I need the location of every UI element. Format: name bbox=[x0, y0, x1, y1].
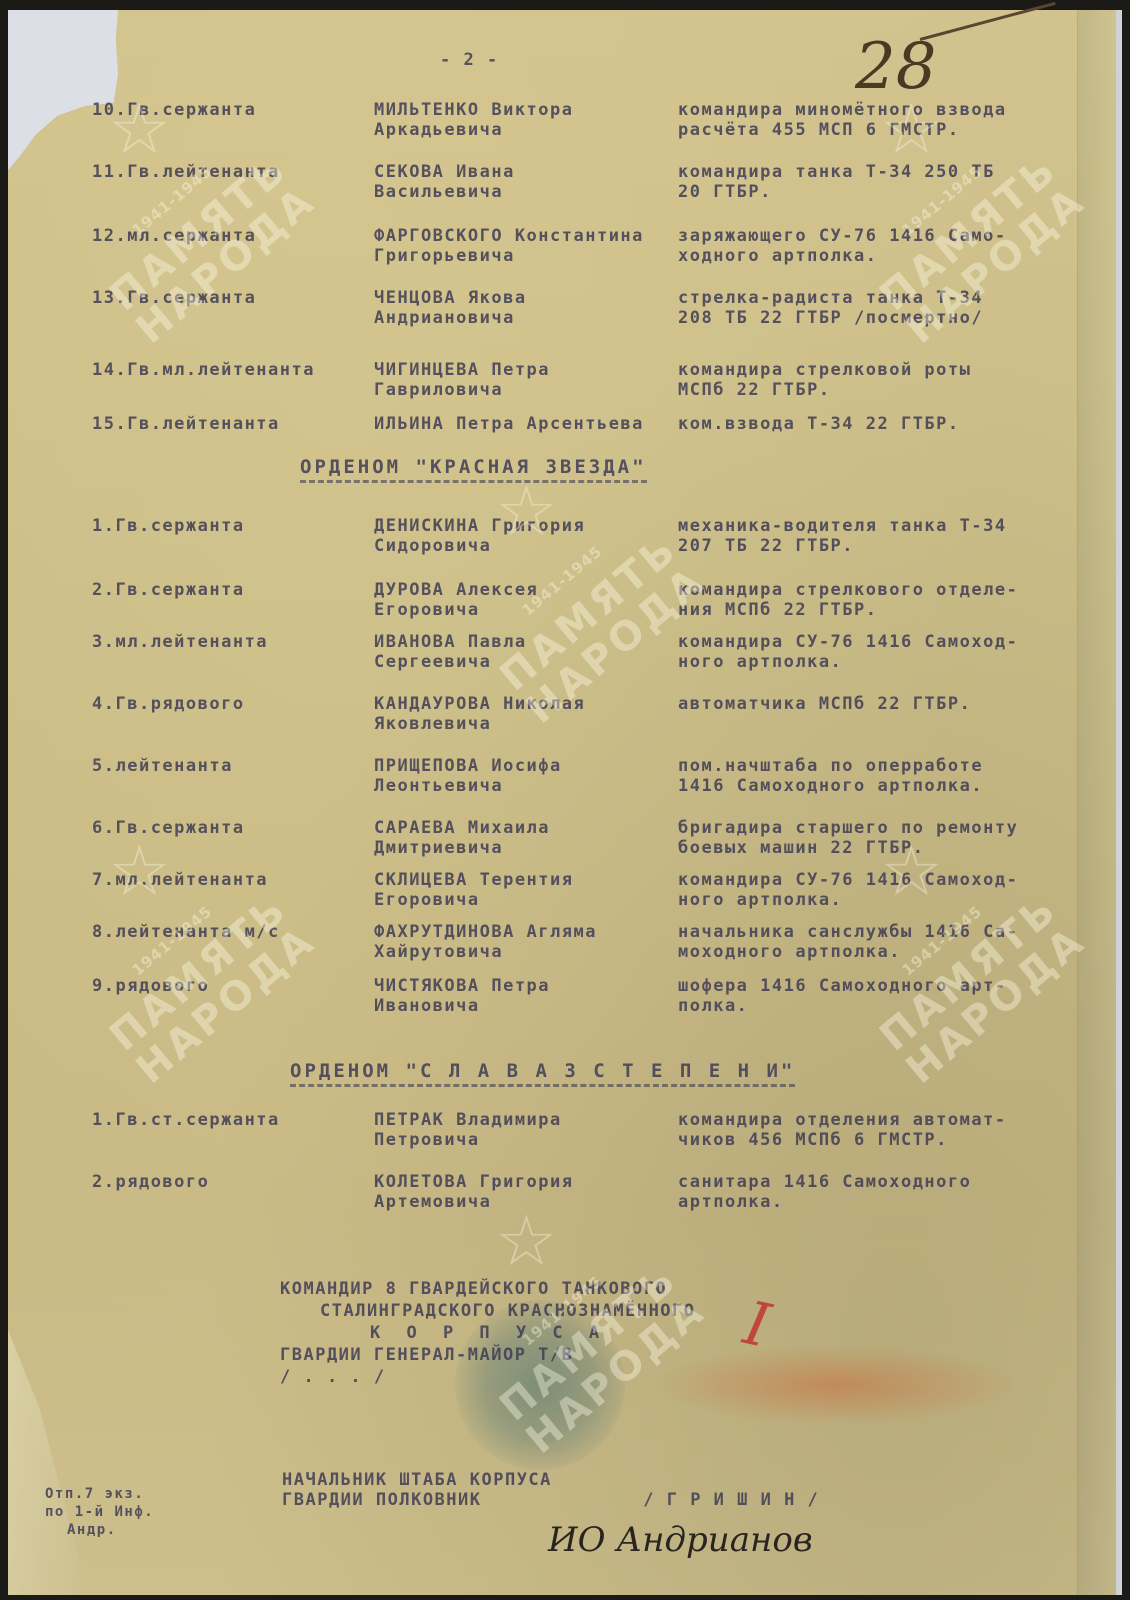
row-number: 3. bbox=[92, 632, 115, 652]
position: пом.начштаба по оперработе1416 Самоходно… bbox=[678, 756, 983, 796]
patronymic: Васильевича bbox=[374, 182, 515, 202]
recipient-name: ЧЕНЦОВА ЯковаАндриановича bbox=[374, 288, 527, 328]
position: автоматчика МСПб 22 ГТБР. bbox=[678, 694, 971, 714]
surname-firstname: ЧЕНЦОВА Якова bbox=[374, 288, 527, 308]
rank: 15.Гв.лейтенанта bbox=[92, 414, 280, 434]
position-line2: ния МСПб 22 ГТБР. bbox=[678, 600, 1018, 620]
position: шофера 1416 Самоходного арт-полка. bbox=[678, 976, 1007, 1016]
position-line2: 1416 Самоходного артполка. bbox=[678, 776, 983, 796]
award-row: 1.Гв.ст.сержантаПЕТРАК ВладимираПетрович… bbox=[0, 1110, 1130, 1170]
rank: 9.рядового bbox=[92, 976, 209, 996]
copies-count: Отп.7 экз. bbox=[45, 1485, 154, 1503]
award-row: 13.Гв.сержантаЧЕНЦОВА ЯковаАндриановичас… bbox=[0, 288, 1130, 348]
commander-title-line3: К О Р П У С А bbox=[280, 1322, 696, 1344]
rank-text: лейтенанта м/с bbox=[115, 922, 279, 942]
award-row: 8.лейтенанта м/сФАХРУТДИНОВА АглямаХайру… bbox=[0, 922, 1130, 982]
rank: 1.Гв.сержанта bbox=[92, 516, 245, 536]
position: заряжающего СУ-76 1416 Само-ходного артп… bbox=[678, 226, 1007, 266]
chief-of-staff-block: НАЧАЛЬНИК ШТАБА КОРПУСА ГВАРДИИ ПОЛКОВНИ… bbox=[282, 1470, 819, 1510]
award-row: 11.Гв.лейтенантаСЕКОВА ИванаВасильевичак… bbox=[0, 162, 1130, 222]
row-number: 8. bbox=[92, 922, 115, 942]
position: стрелка-радиста танка Т-34208 ТБ 22 ГТБР… bbox=[678, 288, 983, 328]
position-line2: ного артполка. bbox=[678, 890, 1018, 910]
recipient-name: МИЛЬТЕНКО ВиктораАркадьевича bbox=[374, 100, 574, 140]
position-line1: начальника санслужбы 1416 Са- bbox=[678, 922, 1018, 942]
row-number: 14. bbox=[92, 360, 127, 380]
patronymic: Андриановича bbox=[374, 308, 527, 328]
recipient-name: ЧИСТЯКОВА ПетраИвановича bbox=[374, 976, 550, 1016]
recipient-name: ИВАНОВА ПавлаСергеевича bbox=[374, 632, 527, 672]
position-line2: артполка. bbox=[678, 1192, 971, 1212]
row-number: 1. bbox=[92, 1110, 115, 1130]
watermark-star-icon: ☆ bbox=[495, 470, 558, 552]
position: командира СУ-76 1416 Самоход-ного артпол… bbox=[678, 632, 1018, 672]
rank: 2.Гв.сержанта bbox=[92, 580, 245, 600]
copies-typist: Андр. bbox=[45, 1521, 154, 1539]
rank-text: рядового bbox=[115, 976, 209, 996]
position: командира стрелкового отделе-ния МСПб 22… bbox=[678, 580, 1018, 620]
surname-firstname: ЧИГИНЦЕВА Петра bbox=[374, 360, 550, 380]
position-line2: боевых машин 22 ГТБР. bbox=[678, 838, 1018, 858]
award-row: 1.Гв.сержантаДЕНИСКИНА ГригорияСидорович… bbox=[0, 516, 1130, 576]
row-number: 4. bbox=[92, 694, 115, 714]
position-line1: командира стрелкового отделе- bbox=[678, 580, 1018, 600]
position-line2: ходного артполка. bbox=[678, 246, 1007, 266]
position-line2: 208 ТБ 22 ГТБР /посмертно/ bbox=[678, 308, 983, 328]
award-row: 4.Гв.рядовогоКАНДАУРОВА НиколаяЯковлевич… bbox=[0, 694, 1130, 754]
watermark-star-icon: ☆ bbox=[880, 88, 943, 170]
rank: 5.лейтенанта bbox=[92, 756, 233, 776]
patronymic: Гавриловича bbox=[374, 380, 550, 400]
rank-text: Гв.сержанта bbox=[127, 288, 256, 308]
rank: 3.мл.лейтенанта bbox=[92, 632, 268, 652]
recipient-name: САРАЕВА МихаилаДмитриевича bbox=[374, 818, 550, 858]
position-line2: МСПб 22 ГТБР. bbox=[678, 380, 971, 400]
rank: 1.Гв.ст.сержанта bbox=[92, 1110, 280, 1130]
chief-rank: ГВАРДИИ ПОЛКОВНИК / Г Р И Ш И Н / bbox=[282, 1490, 819, 1510]
rank-text: Гв.сержанта bbox=[115, 580, 244, 600]
rank-text: Гв.рядового bbox=[115, 694, 244, 714]
copies-distribution: по 1-й Инф. bbox=[45, 1503, 154, 1521]
position-line1: командира танка Т-34 250 ТБ bbox=[678, 162, 995, 182]
surname-firstname: ДУРОВА Алексея bbox=[374, 580, 538, 600]
watermark-star-icon: ☆ bbox=[108, 88, 171, 170]
rank-text: Гв.ст.сержанта bbox=[115, 1110, 279, 1130]
recipient-name: ДУРОВА АлексеяЕгоровича bbox=[374, 580, 538, 620]
chief-title: НАЧАЛЬНИК ШТАБА КОРПУСА bbox=[282, 1470, 819, 1490]
award-row: 14.Гв.мл.лейтенантаЧИГИНЦЕВА ПетраГаврил… bbox=[0, 360, 1130, 420]
chief-name: / Г Р И Ш И Н / bbox=[643, 1490, 819, 1510]
watermark-star-icon: ☆ bbox=[108, 830, 171, 912]
rank: 2.рядового bbox=[92, 1172, 209, 1192]
position-line1: стрелка-радиста танка Т-34 bbox=[678, 288, 983, 308]
rank-text: мл.лейтенанта bbox=[115, 632, 268, 652]
position-line1: автоматчика МСПб 22 ГТБР. bbox=[678, 694, 971, 714]
position: бригадира старшего по ремонтубоевых маши… bbox=[678, 818, 1018, 858]
row-number: 15. bbox=[92, 414, 127, 434]
surname-firstname: ЧИСТЯКОВА Петра bbox=[374, 976, 550, 996]
surname-firstname: ПРИЩЕПОВА Иосифа bbox=[374, 756, 562, 776]
position-line2: чиков 456 МСПб 6 ГМСТР. bbox=[678, 1130, 1007, 1150]
recipient-name: ФАХРУТДИНОВА АглямаХайрутовича bbox=[374, 922, 597, 962]
rank: 13.Гв.сержанта bbox=[92, 288, 256, 308]
patronymic: Ивановича bbox=[374, 996, 550, 1016]
commander-title-line1: КОМАНДИР 8 ГВАРДЕЙСКОГО ТАНКОВОГО bbox=[280, 1278, 696, 1300]
award-row: 2.рядовогоКОЛЕТОВА ГригорияАртемовичасан… bbox=[0, 1172, 1130, 1232]
commander-title-line2: СТАЛИНГРАДСКОГО КРАСНОЗНАМЁННОГО bbox=[280, 1300, 696, 1322]
position-line1: командира СУ-76 1416 Самоход- bbox=[678, 870, 1018, 890]
rank: 12.мл.сержанта bbox=[92, 226, 256, 246]
commander-signature-block: КОМАНДИР 8 ГВАРДЕЙСКОГО ТАНКОВОГО СТАЛИН… bbox=[280, 1278, 696, 1388]
surname-firstname: КОЛЕТОВА Григория bbox=[374, 1172, 574, 1192]
position: командира миномётного взводарасчёта 455 … bbox=[678, 100, 1007, 140]
patronymic: Хайрутовича bbox=[374, 942, 597, 962]
patronymic: Егоровича bbox=[374, 890, 574, 910]
red-pencil-smudge bbox=[650, 1345, 1020, 1425]
position-line2: расчёта 455 МСП 6 ГМСТР. bbox=[678, 120, 1007, 140]
position-line1: бригадира старшего по ремонту bbox=[678, 818, 1018, 838]
patronymic: Леонтьевича bbox=[374, 776, 562, 796]
rank: 4.Гв.рядового bbox=[92, 694, 245, 714]
surname-firstname: ИВАНОВА Павла bbox=[374, 632, 527, 652]
recipient-name: ИЛЬИНА Петра Арсентьева bbox=[374, 414, 644, 434]
row-number: 1. bbox=[92, 516, 115, 536]
position: командира стрелковой ротыМСПб 22 ГТБР. bbox=[678, 360, 971, 400]
position: механика-водителя танка Т-34207 ТБ 22 ГТ… bbox=[678, 516, 1007, 556]
position-line1: ком.взвода Т-34 22 ГТБР. bbox=[678, 414, 960, 434]
watermark-star-icon: ☆ bbox=[880, 830, 943, 912]
rank-text: Гв.сержанта bbox=[115, 516, 244, 536]
position-line1: командира СУ-76 1416 Самоход- bbox=[678, 632, 1018, 652]
position: командира танка Т-34 250 ТБ20 ГТБР. bbox=[678, 162, 995, 202]
recipient-name: ФАРГОВСКОГО КонстантинаГригорьевича bbox=[374, 226, 644, 266]
patronymic: Сергеевича bbox=[374, 652, 527, 672]
award-row: 3.мл.лейтенантаИВАНОВА ПавлаСергеевичако… bbox=[0, 632, 1130, 692]
patronymic: Григорьевича bbox=[374, 246, 644, 266]
recipient-name: ПЕТРАК ВладимираПетровича bbox=[374, 1110, 562, 1150]
position-line1: шофера 1416 Самоходного арт- bbox=[678, 976, 1007, 996]
surname-firstname: ФАХРУТДИНОВА Агляма bbox=[374, 922, 597, 942]
position-line1: командира стрелковой роты bbox=[678, 360, 971, 380]
rank-text: мл.сержанта bbox=[127, 226, 256, 246]
surname-firstname: СЕКОВА Ивана bbox=[374, 162, 515, 182]
patronymic: Дмитриевича bbox=[374, 838, 550, 858]
chief-rank-text: ГВАРДИИ ПОЛКОВНИК bbox=[282, 1490, 482, 1510]
rank-text: рядового bbox=[115, 1172, 209, 1192]
award-row: 12.мл.сержантаФАРГОВСКОГО КонстантинаГри… bbox=[0, 226, 1130, 286]
handwritten-signature: ИО Андрианов bbox=[548, 1520, 813, 1560]
position: командира отделения автомат-чиков 456 МС… bbox=[678, 1110, 1007, 1150]
surname-firstname: ИЛЬИНА Петра Арсентьева bbox=[374, 414, 644, 434]
recipient-name: СЕКОВА ИванаВасильевича bbox=[374, 162, 515, 202]
position-line2: 20 ГТБР. bbox=[678, 182, 995, 202]
award-row: 2.Гв.сержантаДУРОВА АлексеяЕгоровичакома… bbox=[0, 580, 1130, 640]
award-row: 9.рядовогоЧИСТЯКОВА ПетраИвановичашофера… bbox=[0, 976, 1130, 1036]
row-number: 2. bbox=[92, 580, 115, 600]
section-heading-red-star: ОРДЕНОМ "КРАСНАЯ ЗВЕЗДА" bbox=[300, 456, 647, 483]
surname-firstname: САРАЕВА Михаила bbox=[374, 818, 550, 838]
position-line2: 207 ТБ 22 ГТБР. bbox=[678, 536, 1007, 556]
position-line2: полка. bbox=[678, 996, 1007, 1016]
position-line1: заряжающего СУ-76 1416 Само- bbox=[678, 226, 1007, 246]
rank-text: Гв.лейтенанта bbox=[127, 414, 280, 434]
row-number: 12. bbox=[92, 226, 127, 246]
position: санитара 1416 Самоходногоартполка. bbox=[678, 1172, 971, 1212]
rank: 14.Гв.мл.лейтенанта bbox=[92, 360, 315, 380]
surname-firstname: КАНДАУРОВА Николая bbox=[374, 694, 585, 714]
recipient-name: КАНДАУРОВА НиколаяЯковлевича bbox=[374, 694, 585, 734]
position-line2: моходного артполка. bbox=[678, 942, 1018, 962]
recipient-name: ПРИЩЕПОВА ИосифаЛеонтьевича bbox=[374, 756, 562, 796]
commander-name: / . . . / bbox=[280, 1366, 696, 1388]
row-number: 2. bbox=[92, 1172, 115, 1192]
copies-note: Отп.7 экз. по 1-й Инф. Андр. bbox=[45, 1485, 154, 1539]
row-number: 13. bbox=[92, 288, 127, 308]
position: ком.взвода Т-34 22 ГТБР. bbox=[678, 414, 960, 434]
rank-text: лейтенанта bbox=[115, 756, 232, 776]
watermark-star-icon: ☆ bbox=[495, 1200, 558, 1282]
page-number: - 2 - bbox=[440, 50, 499, 70]
patronymic: Петровича bbox=[374, 1130, 562, 1150]
surname-firstname: МИЛЬТЕНКО Виктора bbox=[374, 100, 574, 120]
recipient-name: ЧИГИНЦЕВА ПетраГавриловича bbox=[374, 360, 550, 400]
award-row: 5.лейтенантаПРИЩЕПОВА ИосифаЛеонтьевичап… bbox=[0, 756, 1130, 816]
row-number: 5. bbox=[92, 756, 115, 776]
position-line1: командира миномётного взвода bbox=[678, 100, 1007, 120]
rank-text: Гв.мл.лейтенанта bbox=[127, 360, 315, 380]
recipient-name: СКЛИЦЕВА ТерентияЕгоровича bbox=[374, 870, 574, 910]
surname-firstname: ПЕТРАК Владимира bbox=[374, 1110, 562, 1130]
position: начальника санслужбы 1416 Са-моходного а… bbox=[678, 922, 1018, 962]
position-line2: ного артполка. bbox=[678, 652, 1018, 672]
patronymic: Аркадьевича bbox=[374, 120, 574, 140]
surname-firstname: ФАРГОВСКОГО Константина bbox=[374, 226, 644, 246]
position-line1: механика-водителя танка Т-34 bbox=[678, 516, 1007, 536]
row-number: 9. bbox=[92, 976, 115, 996]
surname-firstname: СКЛИЦЕВА Терентия bbox=[374, 870, 574, 890]
patronymic: Егоровича bbox=[374, 600, 538, 620]
rank: 8.лейтенанта м/с bbox=[92, 922, 280, 942]
section-heading-glory: ОРДЕНОМ "С Л А В А 3 С Т Е П Е Н И" bbox=[290, 1060, 795, 1087]
position: командира СУ-76 1416 Самоход-ного артпол… bbox=[678, 870, 1018, 910]
position-line1: пом.начштаба по оперработе bbox=[678, 756, 983, 776]
commander-rank: ГВАРДИИ ГЕНЕРАЛ-МАЙОР Т/В bbox=[280, 1344, 696, 1366]
position-line1: санитара 1416 Самоходного bbox=[678, 1172, 971, 1192]
patronymic: Яковлевича bbox=[374, 714, 585, 734]
position-line1: командира отделения автомат- bbox=[678, 1110, 1007, 1130]
